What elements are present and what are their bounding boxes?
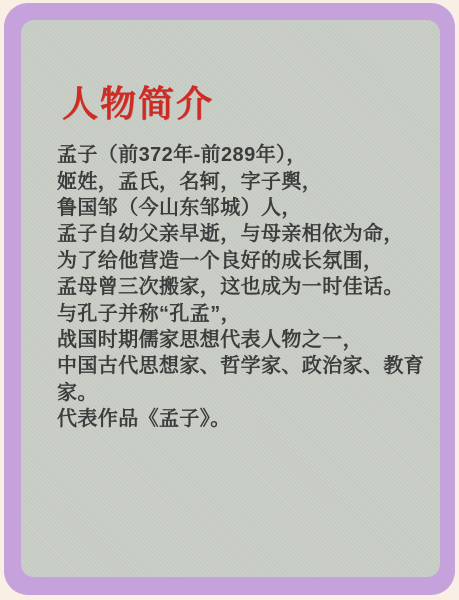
- biography-line: 与孔子并称“孔孟”，: [57, 301, 416, 327]
- biography-line: 战国时期儒家思想代表人物之一，: [57, 327, 416, 353]
- biography-line: 孟子自幼父亲早逝，与母亲相依为命，: [57, 221, 416, 247]
- biography-line: 中国古代思想家、哲学家、政治家、教育: [57, 353, 416, 379]
- biography-text: 孟子（前372年-前289年），姬姓，孟氏，名轲，字子舆，鲁国邹（今山东邹城）人…: [57, 142, 416, 432]
- biography-line: 代表作品《孟子》。: [57, 406, 416, 432]
- purple-frame: 人物简介 孟子（前372年-前289年），姬姓，孟氏，名轲，字子舆，鲁国邹（今山…: [4, 3, 455, 595]
- biography-line: 为了给他营造一个良好的成长氛围，: [57, 248, 416, 274]
- intro-card: 人物简介 孟子（前372年-前289年），姬姓，孟氏，名轲，字子舆，鲁国邹（今山…: [21, 20, 440, 577]
- biography-line: 家。: [57, 380, 416, 406]
- biography-line: 孟母曾三次搬家，这也成为一时佳话。: [57, 274, 416, 300]
- biography-line: 孟子（前372年-前289年），: [57, 142, 416, 168]
- biography-line: 鲁国邹（今山东邹城）人，: [57, 195, 416, 221]
- page-title: 人物简介: [57, 82, 416, 125]
- biography-line: 姬姓，孟氏，名轲，字子舆，: [57, 169, 416, 195]
